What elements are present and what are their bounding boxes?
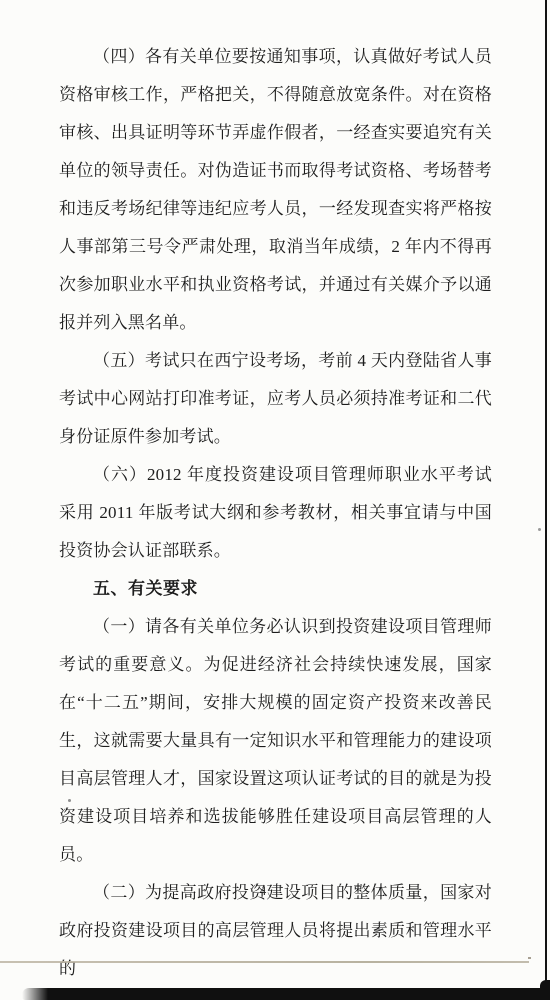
paragraph-item-4: （四）各有关单位要按通知事项，认真做好考试人员资格审核工作，严格把关，不得随意放…	[59, 38, 492, 342]
section-heading-requirements: 五、有关要求	[59, 570, 492, 608]
scan-speck	[68, 799, 71, 802]
document-body: （四）各有关单位要按通知事项，认真做好考试人员资格审核工作，严格把关，不得随意放…	[59, 38, 492, 988]
scanned-document-page: （四）各有关单位要按通知事项，认真做好考试人员资格审核工作，严格把关，不得随意放…	[0, 0, 550, 1000]
scan-edge-right	[545, 0, 547, 994]
scan-corner-bottom-right	[540, 980, 550, 1000]
scan-fold-line	[0, 961, 529, 963]
scan-speck	[538, 528, 541, 531]
paragraph-item-5: （五）考试只在西宁设考场，考前 4 天内登陆省人事考试中心网站打印准考证，应考人…	[59, 342, 492, 456]
paragraph-requirement-1: （一）请各有关单位务必认识到投资建设项目管理师考试的重要意义。为促进经济社会持续…	[59, 608, 492, 874]
scan-speck	[528, 957, 531, 959]
page-number: 4	[0, 883, 526, 899]
paragraph-item-6: （六）2012 年度投资建设项目管理师职业水平考试采用 2011 年版考试大纲和…	[59, 456, 492, 570]
scan-edge-bottom	[22, 988, 550, 1000]
